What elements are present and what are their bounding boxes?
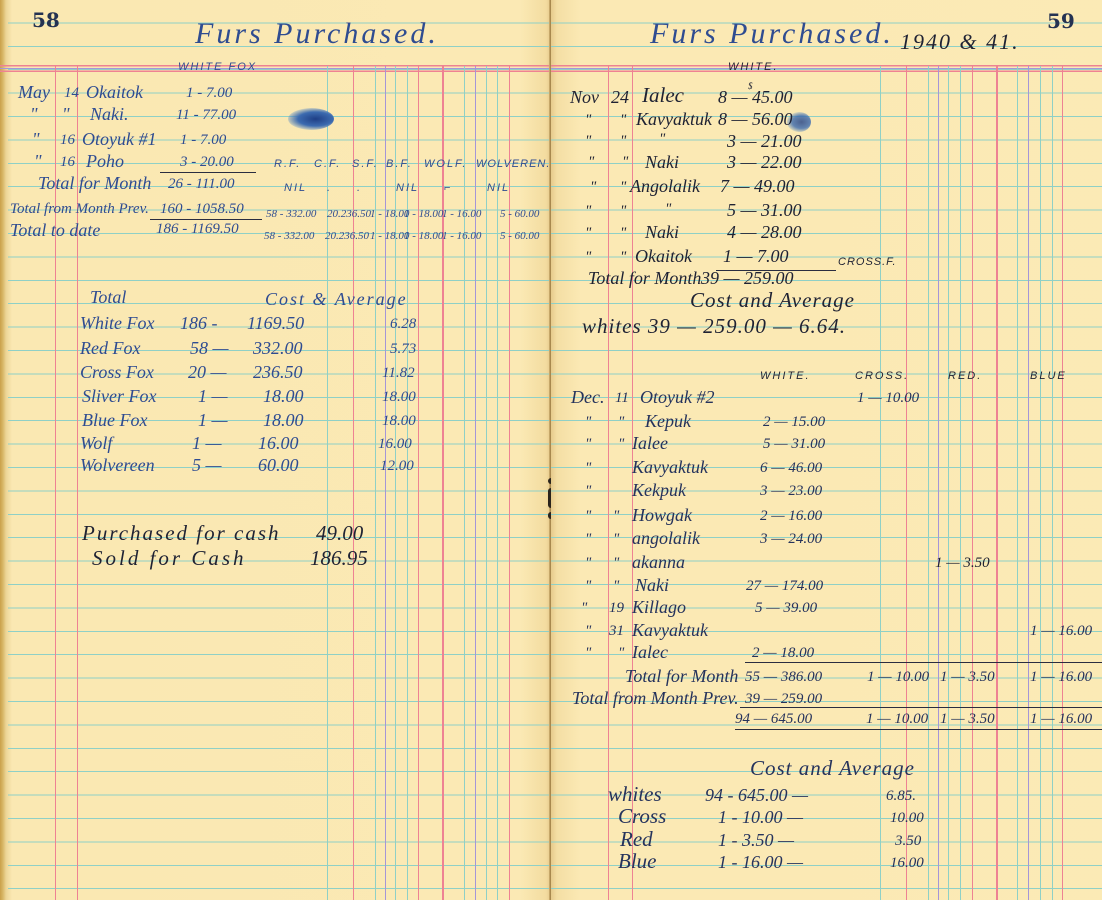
cost-average-heading: Cost and Average <box>750 758 915 778</box>
entry-name: Kavyaktuk <box>632 457 708 477</box>
column-rule <box>996 66 998 900</box>
total-silver-fox: . <box>357 181 362 195</box>
entry-white: 2 — 16.00 <box>760 506 822 526</box>
column-rule <box>948 66 949 900</box>
total-wolf: ⌐ <box>444 181 452 195</box>
summary-count: 20 — <box>188 362 227 382</box>
cost-count-cost: 1 - 10.00 — <box>718 807 803 827</box>
total-blue-fox: 1 - 18.00 <box>404 204 443 224</box>
cost-average-line: whites 39 — 259.00 — 6.64. <box>582 316 846 336</box>
currency-mark: $ <box>748 76 753 96</box>
column-rule <box>375 66 376 900</box>
cost-name: Cross <box>618 806 666 826</box>
total-red: 1 — 3.50 <box>940 709 995 729</box>
ink-blot <box>288 108 334 130</box>
entry-month: " <box>34 151 42 171</box>
total-cross-fox: 20.236.50 <box>327 204 371 224</box>
cost-name: Blue <box>618 851 656 871</box>
entry-month: " <box>585 458 591 478</box>
total-white: 39 — 259.00 <box>745 689 822 709</box>
entry-day: 11 <box>615 388 629 408</box>
total-label: Total for Month <box>588 268 701 288</box>
entry-day: " <box>618 434 624 454</box>
summary-cost: 18.00 <box>263 410 304 430</box>
entry-name: Otoyuk #2 <box>640 387 714 407</box>
summary-cost: 60.00 <box>258 455 299 475</box>
entry-month: " <box>590 177 596 197</box>
entry-name: angolalik <box>632 528 700 548</box>
entry-day: " <box>620 177 626 197</box>
entry-day: " <box>613 553 619 573</box>
entry-white: 2 — 18.00 <box>752 643 814 663</box>
column-header-wolverine: WOLVEREN. <box>476 157 550 171</box>
entry-cross: 1 — 10.00 <box>857 388 919 408</box>
header-rule <box>0 65 551 73</box>
summary-name: Cross Fox <box>80 362 154 382</box>
column-rule <box>464 66 465 900</box>
page-number: 58 <box>32 8 60 32</box>
summary-average: 11.82 <box>382 363 415 383</box>
entry-name: Naki <box>635 575 669 595</box>
entry-name: Ialee <box>632 433 668 453</box>
entry-day: " <box>613 576 619 596</box>
summary-average: 6.28 <box>390 314 416 334</box>
total-label: Total for Month <box>625 666 738 686</box>
entry-red: 1 — 3.50 <box>935 553 990 573</box>
entry-name: Kavyaktuk <box>636 109 712 129</box>
entry-white-fox: 1 - 7.00 <box>186 83 232 103</box>
summary-count: 186 - <box>180 313 218 333</box>
cash-label: Purchased for cash <box>82 523 281 543</box>
entry-month: " <box>588 152 594 172</box>
entry-white: 8 — 45.00 <box>718 87 793 107</box>
summary-average: 18.00 <box>382 387 416 407</box>
entry-name: Kepuk <box>645 411 691 431</box>
total-cross-fox: . <box>327 181 332 195</box>
entry-name: Poho <box>86 151 124 171</box>
entry-name: Ialec <box>642 85 684 105</box>
column-rule <box>938 66 939 900</box>
column-rule <box>1040 66 1041 900</box>
total-white-fox: 186 - 1169.50 <box>156 219 239 239</box>
entry-white: 4 — 28.00 <box>727 222 802 242</box>
entry-white: 6 — 46.00 <box>760 458 822 478</box>
total-wolverine: 5 - 60.00 <box>500 226 539 246</box>
cost-count-cost: 1 - 3.50 — <box>718 830 794 850</box>
entry-month: " <box>32 129 40 149</box>
column-header-white-fox: WHITE FOX <box>178 60 257 74</box>
cost-count-cost: 1 - 16.00 — <box>718 852 803 872</box>
column-rule <box>475 66 476 900</box>
summary-heading-total: Total <box>90 287 126 307</box>
total-label: Total to date <box>10 220 100 240</box>
cost-average: 10.00 <box>890 808 924 828</box>
total-white: 94 — 645.00 <box>735 709 812 729</box>
column-header-silver-fox: S.F. <box>352 157 379 171</box>
entry-day: " <box>62 104 70 124</box>
total-white: 39 — 259.00 <box>701 268 794 288</box>
entry-month: " <box>585 621 591 641</box>
entry-month: " <box>581 598 587 618</box>
entry-white: 3 — 24.00 <box>760 529 822 549</box>
summary-count: 1 — <box>192 433 222 453</box>
summary-average: 12.00 <box>380 456 414 476</box>
right-ledger-page: 59 Furs Purchased. 1940 & 41. WHITE. Nov… <box>551 0 1102 900</box>
entry-day: " <box>620 110 626 130</box>
page-title: Furs Purchased. <box>195 18 439 50</box>
total-red-fox: NIL <box>284 181 307 195</box>
column-rule <box>1052 66 1053 900</box>
entry-white: 3 — 22.00 <box>727 152 802 172</box>
entry-name: Naki. <box>90 104 129 124</box>
cost-average: 16.00 <box>890 853 924 873</box>
entry-day: " <box>620 131 626 151</box>
entry-day: " <box>622 152 628 172</box>
entry-name: Kekpuk <box>632 480 686 500</box>
total-label: Total from Month Prev. <box>10 199 149 219</box>
entry-name: Angolalik <box>630 176 700 196</box>
underline <box>735 729 1102 730</box>
total-red: 1 — 3.50 <box>940 667 995 687</box>
total-wolf: 1 - 16.00 <box>442 226 481 246</box>
total-red-fox: 58 - 332.00 <box>266 204 316 224</box>
cost-name: whites <box>608 784 662 804</box>
summary-name: Red Fox <box>80 338 140 358</box>
total-wolf: 1 - 16.00 <box>442 204 481 224</box>
entry-month: " <box>585 643 591 663</box>
entry-white: 5 — 31.00 <box>763 434 825 454</box>
column-header-white: WHITE. <box>760 369 811 383</box>
entry-day: 16 <box>60 130 75 150</box>
summary-name: White Fox <box>80 313 154 333</box>
summary-cost: 16.00 <box>258 433 299 453</box>
entry-month: " <box>585 481 591 501</box>
column-header-red: RED. <box>948 369 982 383</box>
entry-name: Naki <box>645 222 679 242</box>
total-cross: 1 — 10.00 <box>867 667 929 687</box>
entry-day: 24 <box>611 87 629 107</box>
summary-cost: 332.00 <box>253 338 303 358</box>
cost-average: 3.50 <box>895 831 921 851</box>
entry-name: Kavyaktuk <box>632 620 708 640</box>
total-cross-fox: 20.236.50 <box>325 226 369 246</box>
summary-name: Blue Fox <box>82 410 147 430</box>
entry-name: Okaitok <box>86 82 143 102</box>
total-blue-fox: 1 - 18.00 <box>404 226 443 246</box>
summary-average: 18.00 <box>382 411 416 431</box>
cost-average: 6.85. <box>886 786 916 806</box>
page-title-year: 1940 & 41. <box>900 32 1020 52</box>
total-label: Total from Month Prev. <box>572 688 739 708</box>
header-rule <box>551 65 1102 73</box>
column-header-white: WHITE. <box>728 60 779 74</box>
column-rule <box>928 66 929 900</box>
entry-month: May <box>18 82 50 102</box>
column-rule <box>960 66 961 900</box>
entry-day: 16 <box>60 152 75 172</box>
column-header-blue: BLUE <box>1030 369 1067 383</box>
entry-day: " <box>620 201 626 221</box>
entry-day: 31 <box>609 621 624 641</box>
summary-cost: 236.50 <box>253 362 303 382</box>
entry-name: Okaitok <box>635 246 692 266</box>
entry-name: " <box>665 199 671 219</box>
entry-month: " <box>585 412 591 432</box>
column-rule <box>1062 66 1063 900</box>
entry-white-fox: 11 - 77.00 <box>176 105 236 125</box>
cost-count-cost: 94 - 645.00 — <box>705 785 808 805</box>
entry-month: " <box>585 223 591 243</box>
summary-count: 58 — <box>190 338 229 358</box>
summary-count: 1 — <box>198 386 228 406</box>
entry-month: " <box>585 529 591 549</box>
cost-name: Red <box>620 829 653 849</box>
cash-amount: 186.95 <box>310 548 368 568</box>
entry-white: 3 — 21.00 <box>727 131 802 151</box>
entry-month: " <box>585 201 591 221</box>
entry-day: 19 <box>609 598 624 618</box>
entry-day: " <box>613 529 619 549</box>
underline <box>745 662 1102 663</box>
left-ledger-page: 58 Furs Purchased. WHITE FOX May 14 Okai… <box>0 0 551 900</box>
entry-white: 27 — 174.00 <box>746 576 823 596</box>
column-rule <box>385 66 386 900</box>
entry-day: " <box>618 412 624 432</box>
entry-month: Dec. <box>571 387 604 407</box>
total-blue: 1 — 16.00 <box>1030 709 1092 729</box>
entry-month: Nov <box>570 87 599 107</box>
entry-month: " <box>30 104 38 124</box>
total-blue: 1 — 16.00 <box>1030 667 1092 687</box>
total-white: 55 — 386.00 <box>745 667 822 687</box>
page-number: 59 <box>1047 9 1075 33</box>
column-header-cross-fox: C.F. <box>314 157 341 171</box>
entry-white-fox: 1 - 7.00 <box>180 130 226 150</box>
entry-white: 5 — 39.00 <box>755 598 817 618</box>
entry-day: " <box>613 506 619 526</box>
column-header-cross: CROSS. <box>855 369 909 383</box>
entry-name: akanna <box>632 552 685 572</box>
total-red-fox: 58 - 332.00 <box>264 226 314 246</box>
entry-month: " <box>585 553 591 573</box>
entry-white-fox: 3 - 20.00 <box>180 152 234 172</box>
entry-name: Killago <box>632 597 686 617</box>
total-wolverine: 5 - 60.00 <box>500 204 539 224</box>
entry-month: " <box>585 434 591 454</box>
column-rule <box>972 66 973 900</box>
entry-month: " <box>585 110 591 130</box>
entry-day: " <box>620 247 626 267</box>
summary-count: 1 — <box>198 410 228 430</box>
entry-white: 5 — 31.00 <box>727 200 802 220</box>
column-header-wolf: WOLF. <box>424 157 467 171</box>
total-wolverine: NIL <box>487 181 510 195</box>
entry-name: Naki <box>645 152 679 172</box>
total-white-fox: 160 - 1058.50 <box>160 199 244 219</box>
summary-cost: 1169.50 <box>247 313 304 333</box>
entry-month: " <box>585 131 591 151</box>
cash-amount: 49.00 <box>316 523 363 543</box>
entry-name: Ialec <box>632 642 668 662</box>
summary-name: Sliver Fox <box>82 386 156 406</box>
entry-white: 1 — 7.00 <box>723 246 789 266</box>
entry-month: " <box>585 247 591 267</box>
cost-average-heading: Cost and Average <box>690 290 855 310</box>
column-header-blue-fox: B.F. <box>386 157 413 171</box>
margin-rule <box>608 66 609 900</box>
cash-label: Sold for Cash <box>92 548 247 568</box>
entry-white: 7 — 49.00 <box>720 176 795 196</box>
entry-month: " <box>585 576 591 596</box>
total-white-fox: 26 - 111.00 <box>168 174 235 194</box>
entry-name: Howgak <box>632 505 692 525</box>
entry-day: 14 <box>64 83 79 103</box>
page-title: Furs Purchased. <box>650 18 894 50</box>
column-rule <box>1028 66 1029 900</box>
total-cross: 1 — 10.00 <box>866 709 928 729</box>
column-header-red-fox: R.F. <box>274 157 301 171</box>
entry-name: " <box>659 129 665 149</box>
entry-white: 2 — 15.00 <box>763 412 825 432</box>
column-rule <box>353 66 354 900</box>
entry-day: " <box>620 223 626 243</box>
summary-name: Wolf <box>80 433 112 453</box>
entry-white: 3 — 23.00 <box>760 481 822 501</box>
entry-blue: 1 — 16.00 <box>1030 621 1092 641</box>
column-rule <box>1017 66 1018 900</box>
entry-month: " <box>585 506 591 526</box>
summary-average: 16.00 <box>378 434 412 454</box>
summary-average: 5.73 <box>390 339 416 359</box>
summary-heading-cost: Cost & Average <box>265 289 408 309</box>
entry-white: 8 — 56.00 <box>718 109 793 129</box>
cross-fox-label: CROSS.F. <box>838 255 897 269</box>
total-label: Total for Month <box>38 173 151 193</box>
entry-day: " <box>618 643 624 663</box>
summary-count: 5 — <box>192 455 222 475</box>
summary-cost: 18.00 <box>263 386 304 406</box>
entry-name: Otoyuk #1 <box>82 129 156 149</box>
total-blue-fox: NIL <box>396 181 419 195</box>
summary-name: Wolvereen <box>80 455 155 475</box>
